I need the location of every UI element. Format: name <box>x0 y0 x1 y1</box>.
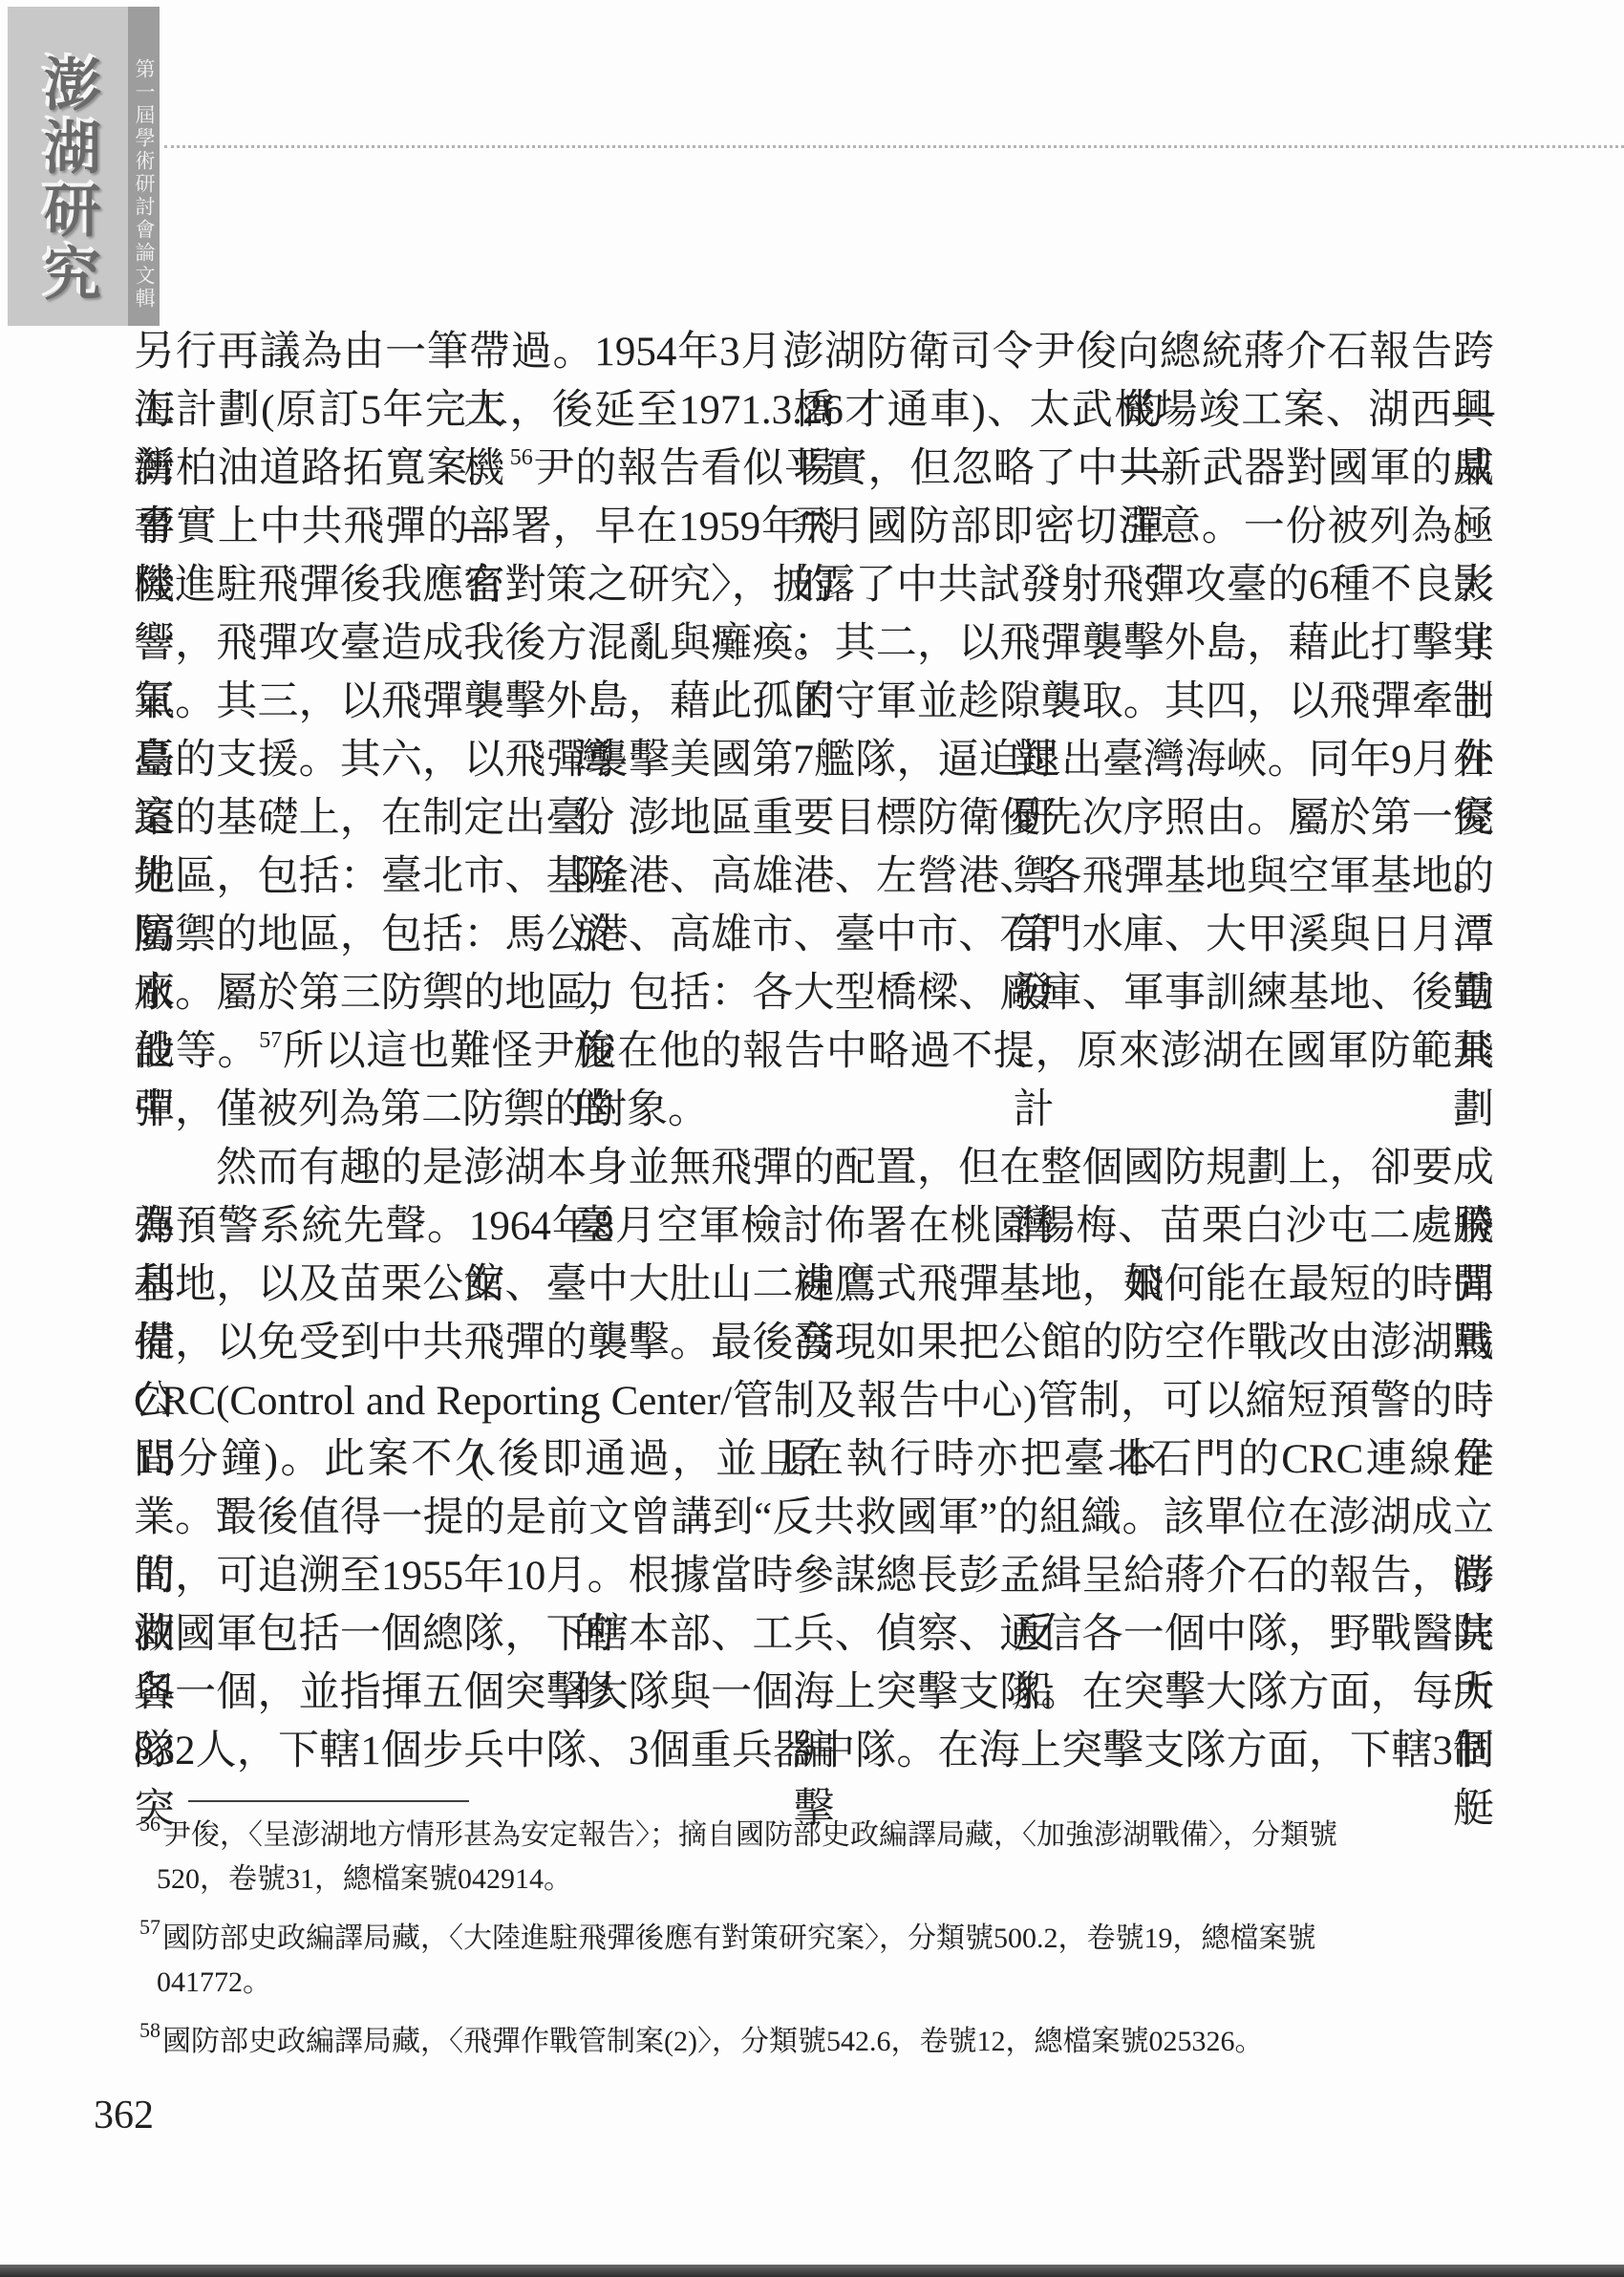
footnote: 57國防部史政編譯局藏，〈大陸進駐飛彈後應有對策研究案〉，分類號500.2，卷號… <box>139 1917 1496 2005</box>
footnote-ref[interactable]: 57 <box>259 1028 282 1053</box>
footnote-line: 041772。 <box>139 1961 1496 2005</box>
body-line: 灣柏油道路拓寬案。56尹的報告看似平實，但忽略了中共新武器對國軍的威脅—飛彈。 <box>134 440 1494 498</box>
body-line: 防禦的地區，包括：馬公港、高雄市、臺中市、石門水庫、大甲溪與日月潭水力發電 <box>134 906 1494 964</box>
body-line: 陸進駐飛彈後我應有對策之研究〉，披露了中共試發射飛彈攻臺的6種不良影響：其 <box>134 556 1494 614</box>
body-line: 備，以免受到中共飛彈的襲擊。最後發現如果把公館的防空作戰改由澎湖馬公 <box>134 1314 1494 1372</box>
body-line: 氣。其三，以飛彈襲擊外島，藉此孤困守軍並趁隙襲取。其四，以飛彈牽制臺灣對外 <box>134 673 1494 731</box>
body-line: 基地，以及苗栗公館、臺中大肚山二處鷹式飛彈基地，如何能在最短的時間提高戰 <box>134 1256 1494 1314</box>
body-line: 案的基礎上，在制定出臺、澎地區重要目標防衛優先次序照由。屬於第一優先防禦的 <box>134 789 1494 848</box>
footnote-line: 57國防部史政編譯局藏，〈大陸進駐飛彈後應有對策研究案〉，分類號500.2，卷號… <box>139 1917 1496 1961</box>
body-line: 事實上中共飛彈的部署，早在1959年7月國防部即密切注意。一份被列為極機密的〈大 <box>134 498 1494 556</box>
body-line: 救國軍包括一個總隊，下轄本部、工兵、偵察、通信各一個中隊，野戰醫院與修船所 <box>134 1605 1494 1664</box>
footnote-marker: 56 <box>139 1812 160 1836</box>
footnote: 56尹俊，〈呈澎湖地方情形甚為安定報告〉；摘自國防部史政編譯局藏，〈加強澎湖戰備… <box>139 1814 1496 1901</box>
body-line: 然而有趣的是澎湖本身並無飛彈的配置，但在整個國防規劃上，卻要成為臺灣飛 <box>134 1139 1494 1197</box>
sidebar: 澎湖研究 <box>8 7 128 326</box>
body-line: 廠。屬於第三防禦的地區，包括：各大型橋樑、廠庫、軍事訓練基地、後勤設施、其 <box>134 964 1494 1022</box>
page-number: 362 <box>94 2093 154 2138</box>
sidebar-series-label: 第一屆學術研討會論文輯 <box>134 58 154 311</box>
body-line: CRC(Control and Reporting Center/管制及報告中心… <box>134 1372 1494 1430</box>
header-dotted-rule <box>164 145 1624 148</box>
footnote-separator <box>188 1800 469 1802</box>
body-line: 他等。57所以這也難怪尹俊在他的報告中略過不提，原來澎湖在國軍防範飛彈的計劃 <box>134 1022 1494 1081</box>
body-line: 地區，包括：臺北市、基隆港、高雄港、左營港、各飛彈基地與空軍基地。屬於第二 <box>134 848 1494 906</box>
body-line: 工計劃(原訂5年完工，後延至1971.3.26才通車)、太武機場竣工案、湖西—新… <box>134 381 1494 440</box>
footnote-line: 56尹俊，〈呈澎湖地方情形甚為安定報告〉；摘自國防部史政編譯局藏，〈加強澎湖戰備… <box>139 1814 1496 1858</box>
footnote-line: 58國防部史政編譯局藏，〈飛彈作戰管制案(2)〉，分類號542.6，卷號12，總… <box>139 2020 1496 2064</box>
bottom-scan-edge <box>0 2265 1624 2277</box>
body-line: 間，可追溯至1955年10月。根據當時參謀總長彭孟緝呈給蔣介石的報告，澎湖的反共 <box>134 1547 1494 1605</box>
body-line: 832人，下轄1個步兵中隊、3個重兵器中隊。在海上突擊支隊方面，下轄3個突擊艇 <box>134 1722 1494 1780</box>
body-line: 島的支援。其六，以飛彈襲擊美國第7艦隊，逼迫退出臺灣海峽。同年9月在這份研究 <box>134 731 1494 789</box>
footnote-ref[interactable]: 56 <box>510 445 533 470</box>
body-line: 一，飛彈攻臺造成我後方混亂與癱瘓。其二，以飛彈襲擊外島，藉此打擊守軍的士 <box>134 614 1494 673</box>
footnotes: 56尹俊，〈呈澎湖地方情形甚為安定報告〉；摘自國防部史政編譯局藏，〈加強澎湖戰備… <box>139 1814 1496 2079</box>
article-body: 另行再議為由一筆帶過。1954年3月澎湖防衛司令尹俊向總統蔣介石報告跨海大橋的興… <box>134 323 1494 1780</box>
body-line: 最後值得一提的是前文曾講到“反共救國軍”的組織。該單位在澎湖成立的時 <box>134 1489 1494 1547</box>
body-line: 另行再議為由一筆帶過。1954年3月澎湖防衛司令尹俊向總統蔣介石報告跨海大橋的興 <box>134 323 1494 381</box>
sidebar-title: 澎湖研究 <box>39 54 96 307</box>
body-line: 彈預警系統先聲。1964年8月空軍檢討佈署在桃園楊梅、苗栗白沙屯二處勝利女神飛彈 <box>134 1197 1494 1256</box>
body-line: 15分鐘)。此案不久後即通過，並且在執行時亦把臺北石門的CRC連線作業。58 <box>134 1430 1494 1489</box>
footnote-marker: 57 <box>139 1915 160 1939</box>
sidebar-series-strip: 第一屆學術研討會論文輯 <box>128 7 160 326</box>
body-line: 各一個，並指揮五個突擊大隊與一個海上突擊支隊。在突擊大隊方面，每大隊編制 <box>134 1664 1494 1722</box>
footnote-line: 520，卷號31，總檔案號042914。 <box>139 1858 1496 1901</box>
footnote-marker: 58 <box>139 2018 160 2042</box>
footnote: 58國防部史政編譯局藏，〈飛彈作戰管制案(2)〉，分類號542.6，卷號12，總… <box>139 2020 1496 2064</box>
